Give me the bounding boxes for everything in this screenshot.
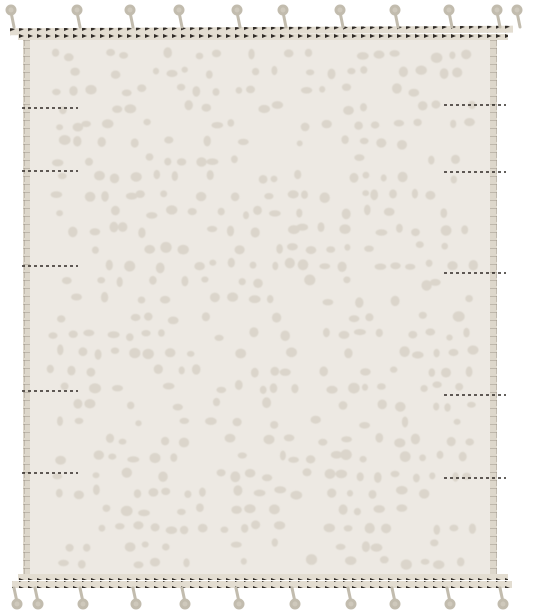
left-selvedge bbox=[23, 38, 30, 576]
bottom-braid bbox=[18, 574, 508, 580]
top-braid bbox=[10, 26, 513, 36]
rug-photo bbox=[0, 0, 533, 616]
right-selvedge bbox=[490, 38, 497, 576]
